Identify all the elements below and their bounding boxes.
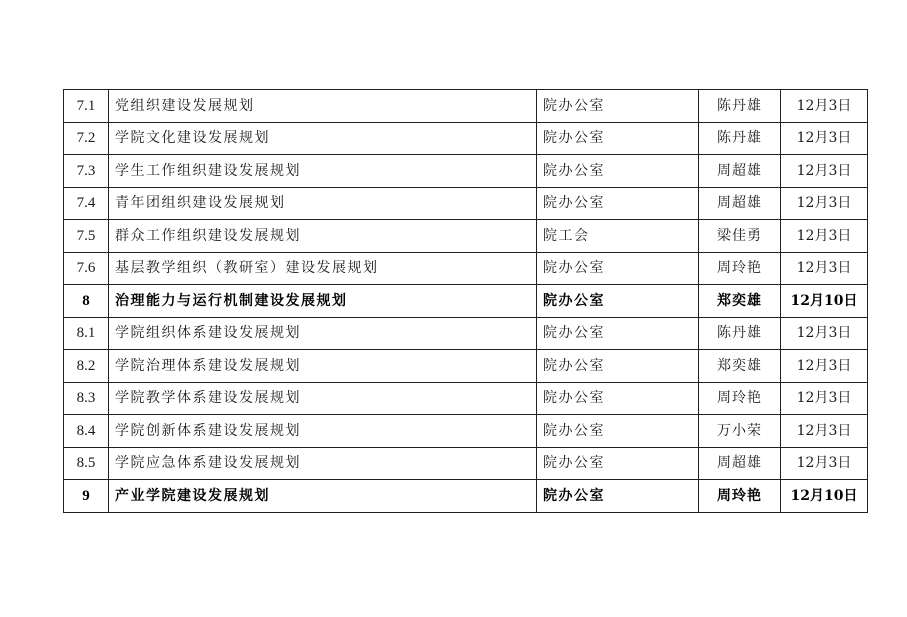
due-date: 12月3日 <box>781 447 868 480</box>
responsible-person: 陈丹雄 <box>699 122 781 155</box>
row-number: 9 <box>64 480 109 513</box>
responsible-person: 万小荣 <box>699 415 781 448</box>
plan-name: 学院教学体系建设发展规划 <box>109 382 537 415</box>
responsible-person: 陈丹雄 <box>699 90 781 123</box>
table-row: 7.6 基层教学组织（教研室）建设发展规划 院办公室 周玲艳 12月3日 <box>64 252 868 285</box>
table-row: 7.2 学院文化建设发展规划 院办公室 陈丹雄 12月3日 <box>64 122 868 155</box>
department: 院办公室 <box>537 122 699 155</box>
due-date: 12月3日 <box>781 90 868 123</box>
plan-name: 基层教学组织（教研室）建设发展规划 <box>109 252 537 285</box>
plan-name: 群众工作组织建设发展规划 <box>109 220 537 253</box>
responsible-person: 周玲艳 <box>699 382 781 415</box>
responsible-person: 陈丹雄 <box>699 317 781 350</box>
document-page: 7.1 党组织建设发展规划 院办公室 陈丹雄 12月3日 7.2 学院文化建设发… <box>0 0 907 617</box>
row-number: 8.1 <box>64 317 109 350</box>
due-date: 12月3日 <box>781 317 868 350</box>
table-row: 7.3 学生工作组织建设发展规划 院办公室 周超雄 12月3日 <box>64 155 868 188</box>
row-number: 8.4 <box>64 415 109 448</box>
table-row-section-header: 8 治理能力与运行机制建设发展规划 院办公室 郑奕雄 12月10日 <box>64 285 868 318</box>
row-number: 7.2 <box>64 122 109 155</box>
department: 院办公室 <box>537 415 699 448</box>
table-row: 8.2 学院治理体系建设发展规划 院办公室 郑奕雄 12月3日 <box>64 350 868 383</box>
department: 院办公室 <box>537 90 699 123</box>
row-number: 8.2 <box>64 350 109 383</box>
department: 院办公室 <box>537 285 699 318</box>
table-row: 8.5 学院应急体系建设发展规划 院办公室 周超雄 12月3日 <box>64 447 868 480</box>
row-number: 8.5 <box>64 447 109 480</box>
department: 院办公室 <box>537 350 699 383</box>
plan-name: 青年团组织建设发展规划 <box>109 187 537 220</box>
row-number: 7.1 <box>64 90 109 123</box>
due-date: 12月10日 <box>781 480 868 513</box>
plan-name: 学院应急体系建设发展规划 <box>109 447 537 480</box>
plan-name: 治理能力与运行机制建设发展规划 <box>109 285 537 318</box>
due-date: 12月10日 <box>781 285 868 318</box>
plan-name: 学生工作组织建设发展规划 <box>109 155 537 188</box>
responsible-person: 梁佳勇 <box>699 220 781 253</box>
department: 院办公室 <box>537 187 699 220</box>
table-row: 7.5 群众工作组织建设发展规划 院工会 梁佳勇 12月3日 <box>64 220 868 253</box>
plan-name: 学院文化建设发展规划 <box>109 122 537 155</box>
row-number: 8.3 <box>64 382 109 415</box>
department: 院办公室 <box>537 155 699 188</box>
plan-name: 产业学院建设发展规划 <box>109 480 537 513</box>
table-row: 8.4 学院创新体系建设发展规划 院办公室 万小荣 12月3日 <box>64 415 868 448</box>
responsible-person: 周超雄 <box>699 447 781 480</box>
due-date: 12月3日 <box>781 155 868 188</box>
plan-name: 党组织建设发展规划 <box>109 90 537 123</box>
table-row: 8.3 学院教学体系建设发展规划 院办公室 周玲艳 12月3日 <box>64 382 868 415</box>
department: 院办公室 <box>537 447 699 480</box>
department: 院工会 <box>537 220 699 253</box>
plan-table: 7.1 党组织建设发展规划 院办公室 陈丹雄 12月3日 7.2 学院文化建设发… <box>63 89 868 513</box>
plan-name: 学院创新体系建设发展规划 <box>109 415 537 448</box>
responsible-person: 周玲艳 <box>699 252 781 285</box>
table-row-section-header: 9 产业学院建设发展规划 院办公室 周玲艳 12月10日 <box>64 480 868 513</box>
row-number: 7.3 <box>64 155 109 188</box>
table-row: 8.1 学院组织体系建设发展规划 院办公室 陈丹雄 12月3日 <box>64 317 868 350</box>
responsible-person: 郑奕雄 <box>699 285 781 318</box>
table-row: 7.4 青年团组织建设发展规划 院办公室 周超雄 12月3日 <box>64 187 868 220</box>
due-date: 12月3日 <box>781 187 868 220</box>
due-date: 12月3日 <box>781 220 868 253</box>
row-number: 8 <box>64 285 109 318</box>
table-row: 7.1 党组织建设发展规划 院办公室 陈丹雄 12月3日 <box>64 90 868 123</box>
plan-name: 学院治理体系建设发展规划 <box>109 350 537 383</box>
department: 院办公室 <box>537 252 699 285</box>
due-date: 12月3日 <box>781 415 868 448</box>
plan-name: 学院组织体系建设发展规划 <box>109 317 537 350</box>
responsible-person: 周超雄 <box>699 187 781 220</box>
due-date: 12月3日 <box>781 122 868 155</box>
responsible-person: 周玲艳 <box>699 480 781 513</box>
row-number: 7.6 <box>64 252 109 285</box>
department: 院办公室 <box>537 382 699 415</box>
responsible-person: 周超雄 <box>699 155 781 188</box>
due-date: 12月3日 <box>781 382 868 415</box>
plan-table-body: 7.1 党组织建设发展规划 院办公室 陈丹雄 12月3日 7.2 学院文化建设发… <box>64 90 868 513</box>
row-number: 7.4 <box>64 187 109 220</box>
department: 院办公室 <box>537 317 699 350</box>
responsible-person: 郑奕雄 <box>699 350 781 383</box>
due-date: 12月3日 <box>781 350 868 383</box>
row-number: 7.5 <box>64 220 109 253</box>
department: 院办公室 <box>537 480 699 513</box>
due-date: 12月3日 <box>781 252 868 285</box>
